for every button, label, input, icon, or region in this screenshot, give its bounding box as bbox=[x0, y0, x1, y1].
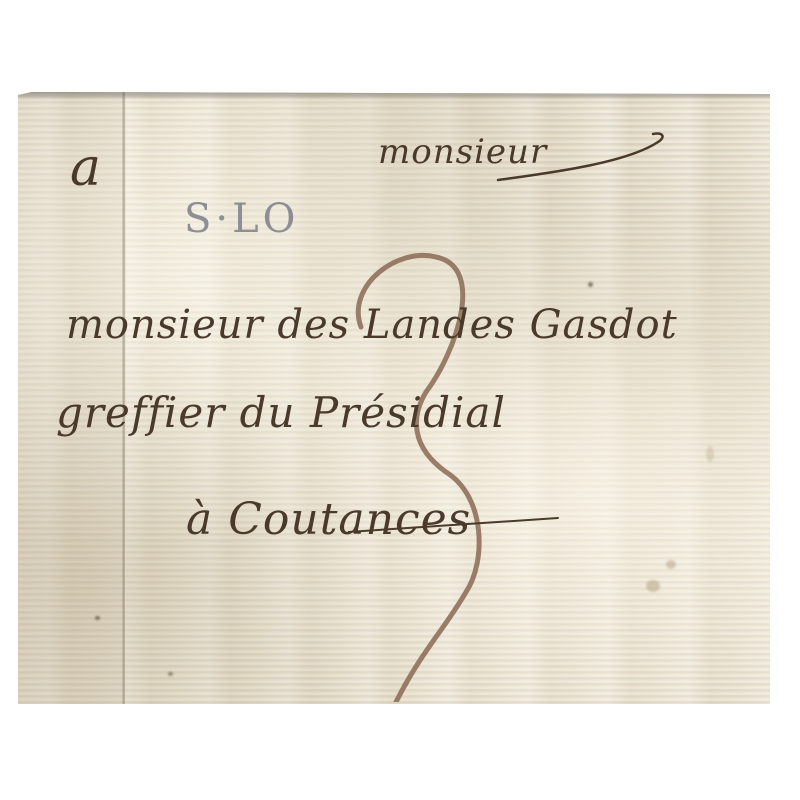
paper-stain bbox=[168, 672, 173, 676]
address-prefix: a bbox=[70, 138, 102, 198]
destination-underline bbox=[348, 512, 568, 542]
paper-stain bbox=[706, 446, 714, 462]
paper-stain bbox=[95, 616, 100, 620]
folded-letter: S·LO a monsieur monsieur des Landes Gasd… bbox=[18, 92, 770, 704]
address-line-title: greffier du Présidial bbox=[56, 388, 506, 437]
paper-stain bbox=[588, 282, 593, 287]
paper-stain bbox=[646, 580, 660, 592]
letter-top-edge-shadow bbox=[18, 92, 770, 100]
salutation-flourish bbox=[488, 132, 688, 192]
address-line-recipient: monsieur des Landes Gasdot bbox=[66, 302, 678, 348]
postmark-stamp: S·LO bbox=[184, 196, 299, 242]
paper-stain bbox=[666, 560, 676, 569]
photo-stage: S·LO a monsieur monsieur des Landes Gasd… bbox=[0, 0, 800, 800]
